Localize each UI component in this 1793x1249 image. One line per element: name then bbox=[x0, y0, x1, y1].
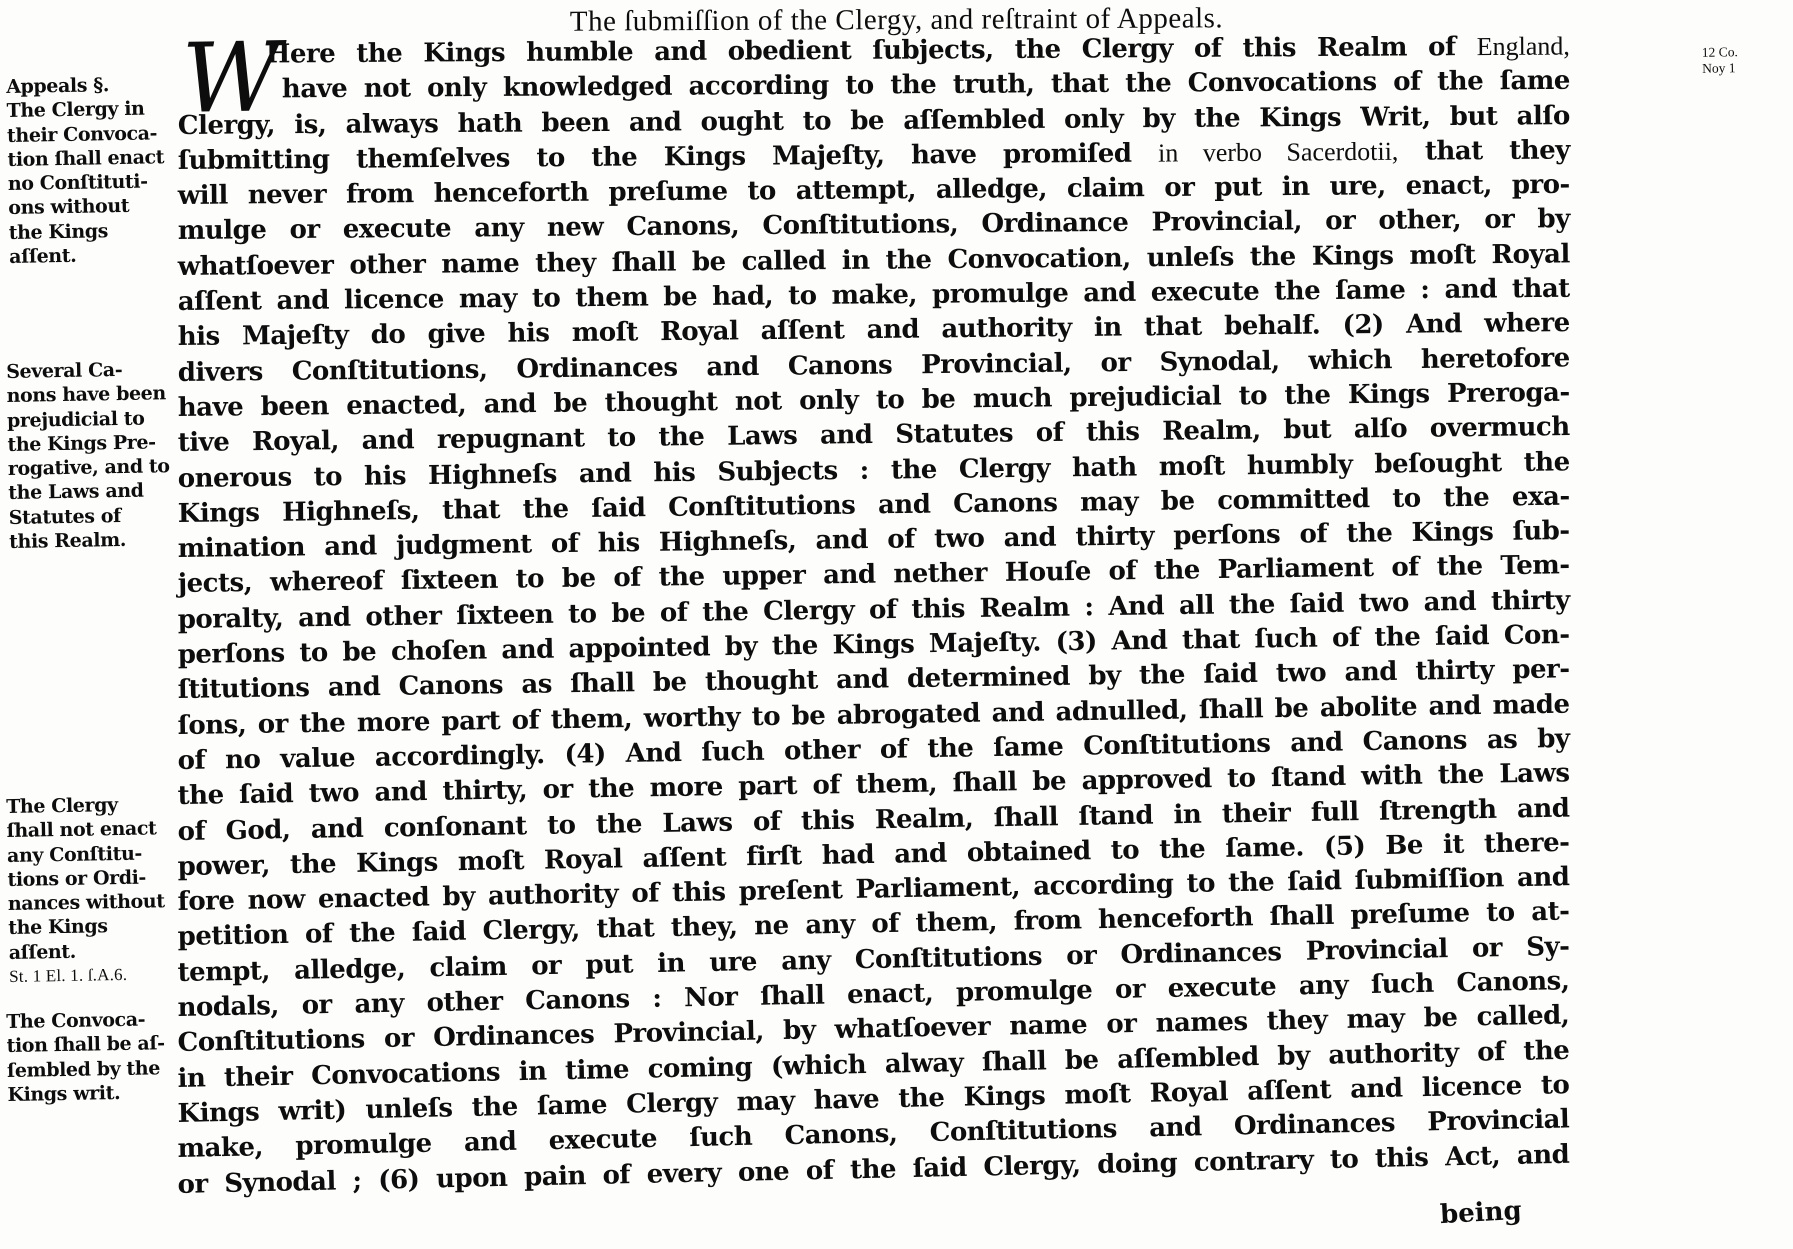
margin-note: Several Ca-nons have beenprejudicial tot… bbox=[6, 357, 181, 554]
margin-note-line: the Kings bbox=[8, 913, 180, 940]
margin-note-line: rogative, and to bbox=[8, 454, 180, 481]
margin-note-line: tions or Ordi- bbox=[7, 865, 179, 892]
margin-note-line: aſſent. bbox=[9, 938, 181, 965]
margin-note-line: The Clergy bbox=[6, 792, 178, 819]
statute-body-text: W Here the Kings humble and obedient ſub… bbox=[178, 40, 1570, 1205]
margin-statute-citation: St. 1 El. 1. ſ.A.6. bbox=[9, 962, 181, 989]
blackletter-text-segment: Here the Kings humble and obedient ſubje… bbox=[266, 32, 1477, 69]
margin-note-line: tion ſhall be aſ- bbox=[6, 1031, 178, 1058]
margin-note-line: Kings writ. bbox=[7, 1080, 179, 1107]
margin-note-line: Several Ca- bbox=[6, 357, 178, 384]
margin-note: The Clergyſhall not enactany Conſtitu-ti… bbox=[6, 792, 181, 989]
catchword: being bbox=[1439, 1196, 1522, 1230]
margin-note-line: The Convoca- bbox=[6, 1007, 178, 1034]
margin-note-line: nons have been bbox=[6, 381, 178, 408]
margin-note-line: their Convoca- bbox=[7, 121, 179, 148]
margin-note-line: tion ſhall enact bbox=[7, 145, 179, 172]
citation-line: Noy 1 bbox=[1702, 59, 1793, 77]
margin-note-line: The Clergy in bbox=[6, 96, 178, 123]
right-margin-citation: 12 Co. Noy 1 bbox=[1702, 43, 1793, 77]
margin-note: Appeals §.The Clergy intheir Convoca-tio… bbox=[6, 72, 181, 269]
margin-note-line: any Conſtitu- bbox=[7, 841, 179, 868]
citation-line: 12 Co. bbox=[1702, 43, 1793, 61]
margin-note-line: the Laws and bbox=[8, 478, 180, 505]
margin-note-line: the Kings Pre- bbox=[7, 430, 179, 457]
margin-note-line: this Realm. bbox=[9, 527, 181, 554]
margin-note-line: ons without bbox=[8, 193, 180, 220]
margin-note-line: ſembled by the bbox=[7, 1056, 179, 1083]
margin-note-line: nances without bbox=[8, 889, 180, 916]
margin-note-line: prejudicial to bbox=[7, 406, 179, 433]
margin-note-line: Statutes of bbox=[9, 503, 181, 530]
scanned-statute-page: The ſubmiſſion of the Clergy, and reſtra… bbox=[0, 0, 1793, 1249]
roman-text-segment: England, bbox=[1477, 31, 1570, 61]
body-lines: Here the Kings humble and obedient ſubje… bbox=[178, 40, 1570, 1205]
margin-note-line: Appeals §. bbox=[6, 72, 178, 99]
blackletter-text-segment: that they bbox=[1398, 135, 1570, 166]
roman-text-segment: in verbo Sacerdotii, bbox=[1158, 137, 1399, 168]
margin-note: The Convoca-tion ſhall be aſ-ſembled by … bbox=[6, 1007, 180, 1107]
margin-note-line: aſſent. bbox=[9, 242, 181, 269]
blackletter-text-segment: ſubmitting themſelves to the Kings Majeſ… bbox=[178, 138, 1158, 175]
margin-note-line: ſhall not enact bbox=[6, 816, 178, 843]
margin-note-line: no Conſtituti- bbox=[8, 169, 180, 196]
margin-note-line: the Kings bbox=[9, 218, 181, 245]
